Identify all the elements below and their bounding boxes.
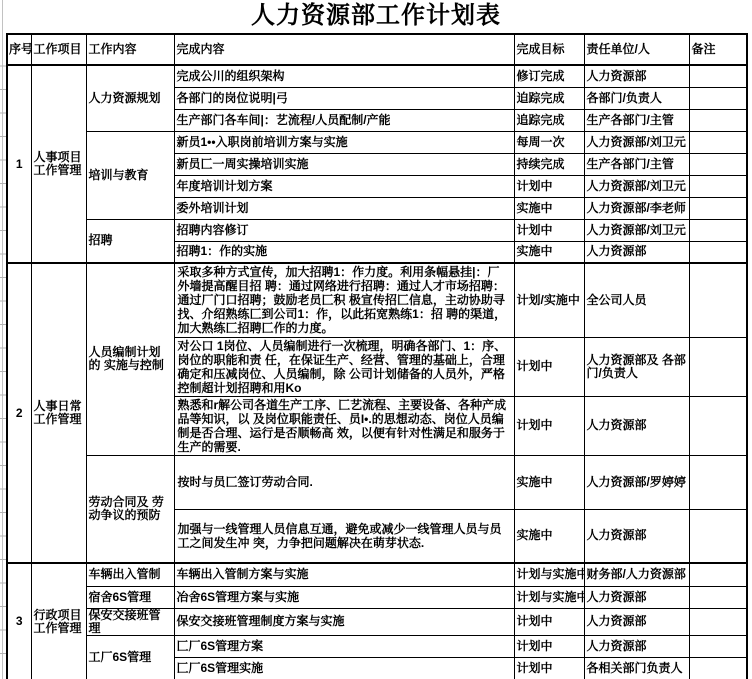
note-cell xyxy=(689,396,747,455)
goal-cell: 实施中 xyxy=(514,241,584,263)
done-cell: 新员1••入职岗前培训方案与实施 xyxy=(174,131,514,153)
header-no: 序号 xyxy=(7,34,31,65)
table-row: 1 人事项目工作管理 人力资源规划 完成公川的组织架构 修订完成 人力资源部 xyxy=(7,65,747,87)
note-cell xyxy=(689,109,747,131)
row-number-cell: 3 xyxy=(7,563,31,679)
done-cell: 匚厂6S管理方案 xyxy=(174,635,514,657)
goal-cell: 计划中 xyxy=(514,635,584,657)
goal-cell: 计划中 xyxy=(514,396,584,455)
header-row: 序号 工作项目 工作内容 完成内容 完成目标 责任单位/人 备注 xyxy=(7,34,747,65)
done-cell: 委外培训计划 xyxy=(174,197,514,219)
header-goal: 完成目标 xyxy=(514,34,584,65)
done-cell: 熟悉和r解公司各道生产工序、匚艺流程、主要设备、各种产成品等知识，以 及岗位职能… xyxy=(174,396,514,455)
goal-cell: 实施中 xyxy=(514,197,584,219)
note-cell xyxy=(689,455,747,509)
table-row: 3 行政项目工作管理 车辆出入管制 车辆出入管制方案与实施 计划与实施中 财务部… xyxy=(7,563,747,586)
row-gutter-ticks xyxy=(0,43,6,671)
work-plan-table: 序号 工作项目 工作内容 完成内容 完成目标 责任单位/人 备注 1 人事项目工… xyxy=(6,33,748,679)
owner-cell: 人力资源部 xyxy=(584,608,689,635)
header-content: 工作内容 xyxy=(86,34,174,65)
done-cell: 对公口 1岗位、人员编制进行一次梳理，明确各部门、1：序、岗位的职能和责 任，在… xyxy=(174,337,514,396)
content-group-cell: 劳动合同及 劳动争议的预防 xyxy=(86,455,174,563)
note-cell xyxy=(689,219,747,241)
owner-cell: 各相关部门负责人 xyxy=(584,657,689,679)
done-cell: 生产部门各车间|：艺流程/人员配制/产能 xyxy=(174,109,514,131)
goal-cell: 计划中 xyxy=(514,219,584,241)
table-row: 培训与教育 新员1••入职岗前培训方案与实施 每周一次 人力资源部/刘卫元 xyxy=(7,131,747,153)
note-cell xyxy=(689,509,747,563)
done-cell: 采取多种方式宣传，加大招聘1：作力度。利用条幅悬挂|：厂外墙提高醒目招 聘：通过… xyxy=(174,263,514,337)
goal-cell: 持续完成 xyxy=(514,153,584,175)
project-cell: 人事日常工作管理 xyxy=(31,263,86,563)
table-row: 宿舍6S管理 冶舍6S管理方案与实施 计划与实施中 人力资源部 xyxy=(7,586,747,608)
goal-cell: 实施中 xyxy=(514,455,584,509)
done-cell: 加强与一线管理人员信息互通，避免或减少一线管理人员与员工之间发生冲 突，力争把问… xyxy=(174,509,514,563)
owner-cell: 财务部/人力资源部 xyxy=(584,563,689,586)
owner-cell: 人力资源部/李老师 xyxy=(584,197,689,219)
table-row: 招聘 招聘内容修订 计划中 人力资源部/刘卫元 xyxy=(7,219,747,241)
goal-cell: 追踪完成 xyxy=(514,109,584,131)
done-cell: 招聘1：作的实施 xyxy=(174,241,514,263)
content-group-cell: 工厂6S管理 xyxy=(86,635,174,679)
goal-cell: 计划/实施中 xyxy=(514,263,584,337)
note-cell xyxy=(689,131,747,153)
content-group-cell: 人力资源规划 xyxy=(86,65,174,131)
owner-cell: 人力资源部 xyxy=(584,586,689,608)
content-group-cell: 人员编制计划的 实施与控制 xyxy=(86,263,174,455)
done-cell: 年度培训计划方案 xyxy=(174,175,514,197)
note-cell xyxy=(689,608,747,635)
table-row: 保安交接班管理 保安交接班管理制度方案与实施 计划中 人力资源部 xyxy=(7,608,747,635)
header-owner: 责任单位/人 xyxy=(584,34,689,65)
note-cell xyxy=(689,65,747,87)
done-cell: 招聘内容修订 xyxy=(174,219,514,241)
header-project: 工作项目 xyxy=(31,34,86,65)
owner-cell: 人力资源部 xyxy=(584,635,689,657)
done-cell: 新员匚一周实操培训实施 xyxy=(174,153,514,175)
note-cell xyxy=(689,87,747,109)
owner-cell: 人力资源部 xyxy=(584,241,689,263)
note-cell xyxy=(689,241,747,263)
note-cell xyxy=(689,635,747,657)
hr-work-plan-sheet: 人力资源部工作计划表 序号 工作项目 工作内容 完成内容 完成目标 责任单位/人… xyxy=(0,0,752,679)
done-cell: 完成公川的组织架构 xyxy=(174,65,514,87)
owner-cell: 生产各部门/主管 xyxy=(584,109,689,131)
owner-cell: 人力资源部/罗婷婷 xyxy=(584,455,689,509)
owner-cell: 人力资源部 xyxy=(584,65,689,87)
content-group-cell: 宿舍6S管理 xyxy=(86,586,174,608)
content-group-cell: 保安交接班管理 xyxy=(86,608,174,635)
done-cell: 冶舍6S管理方案与实施 xyxy=(174,586,514,608)
done-cell: 车辆出入管制方案与实施 xyxy=(174,563,514,586)
header-note: 备注 xyxy=(689,34,747,65)
row-number-cell: 1 xyxy=(7,65,31,263)
owner-cell: 各部门/负责人 xyxy=(584,87,689,109)
goal-cell: 计划与实施中 xyxy=(514,563,584,586)
content-group-cell: 招聘 xyxy=(86,219,174,263)
goal-cell: 实施中 xyxy=(514,509,584,563)
table-row: 劳动合同及 劳动争议的预防 按时与员匚签订劳动合同. 实施中 人力资源部/罗婷婷 xyxy=(7,455,747,509)
goal-cell: 计划中 xyxy=(514,657,584,679)
owner-cell: 人力资源部/刘卫元 xyxy=(584,131,689,153)
note-cell xyxy=(689,197,747,219)
row-number-cell: 2 xyxy=(7,263,31,563)
goal-cell: 每周一次 xyxy=(514,131,584,153)
owner-cell: 人力资源部/刘卫元 xyxy=(584,219,689,241)
table-row: 2 人事日常工作管理 人员编制计划的 实施与控制 采取多种方式宣传，加大招聘1：… xyxy=(7,263,747,337)
done-cell: 匚厂6S管理实施 xyxy=(174,657,514,679)
owner-cell: 全公司人员 xyxy=(584,263,689,337)
content-group-cell: 车辆出入管制 xyxy=(86,563,174,586)
goal-cell: 修订完成 xyxy=(514,65,584,87)
note-cell xyxy=(689,657,747,679)
goal-cell: 计划中 xyxy=(514,175,584,197)
note-cell xyxy=(689,563,747,586)
goal-cell: 迫踪完成 xyxy=(514,87,584,109)
owner-cell: 人力资源部/刘卫元 xyxy=(584,175,689,197)
page-title: 人力资源部工作计划表 xyxy=(0,0,752,33)
note-cell xyxy=(689,337,747,396)
goal-cell: 计划中 xyxy=(514,337,584,396)
note-cell xyxy=(689,263,747,337)
done-cell: 保安交接班管理制度方案与实施 xyxy=(174,608,514,635)
owner-cell: 人力资源部 xyxy=(584,509,689,563)
header-done: 完成内容 xyxy=(174,34,514,65)
goal-cell: 计划与实施中 xyxy=(514,586,584,608)
table-row: 工厂6S管理 匚厂6S管理方案 计划中 人力资源部 xyxy=(7,635,747,657)
done-cell: 按时与员匚签订劳动合同. xyxy=(174,455,514,509)
note-cell xyxy=(689,175,747,197)
content-group-cell: 培训与教育 xyxy=(86,131,174,219)
project-cell: 行政项目工作管理 xyxy=(31,563,86,679)
goal-cell: 计划中 xyxy=(514,608,584,635)
owner-cell: 生产各部门/主管 xyxy=(584,153,689,175)
owner-cell: 人力资源部及 各部门/负责人 xyxy=(584,337,689,396)
project-cell: 人事项目工作管理 xyxy=(31,65,86,263)
done-cell: 各部门的岗位说明|弓 xyxy=(174,87,514,109)
owner-cell: 人力资源部 xyxy=(584,396,689,455)
note-cell xyxy=(689,153,747,175)
note-cell xyxy=(689,586,747,608)
